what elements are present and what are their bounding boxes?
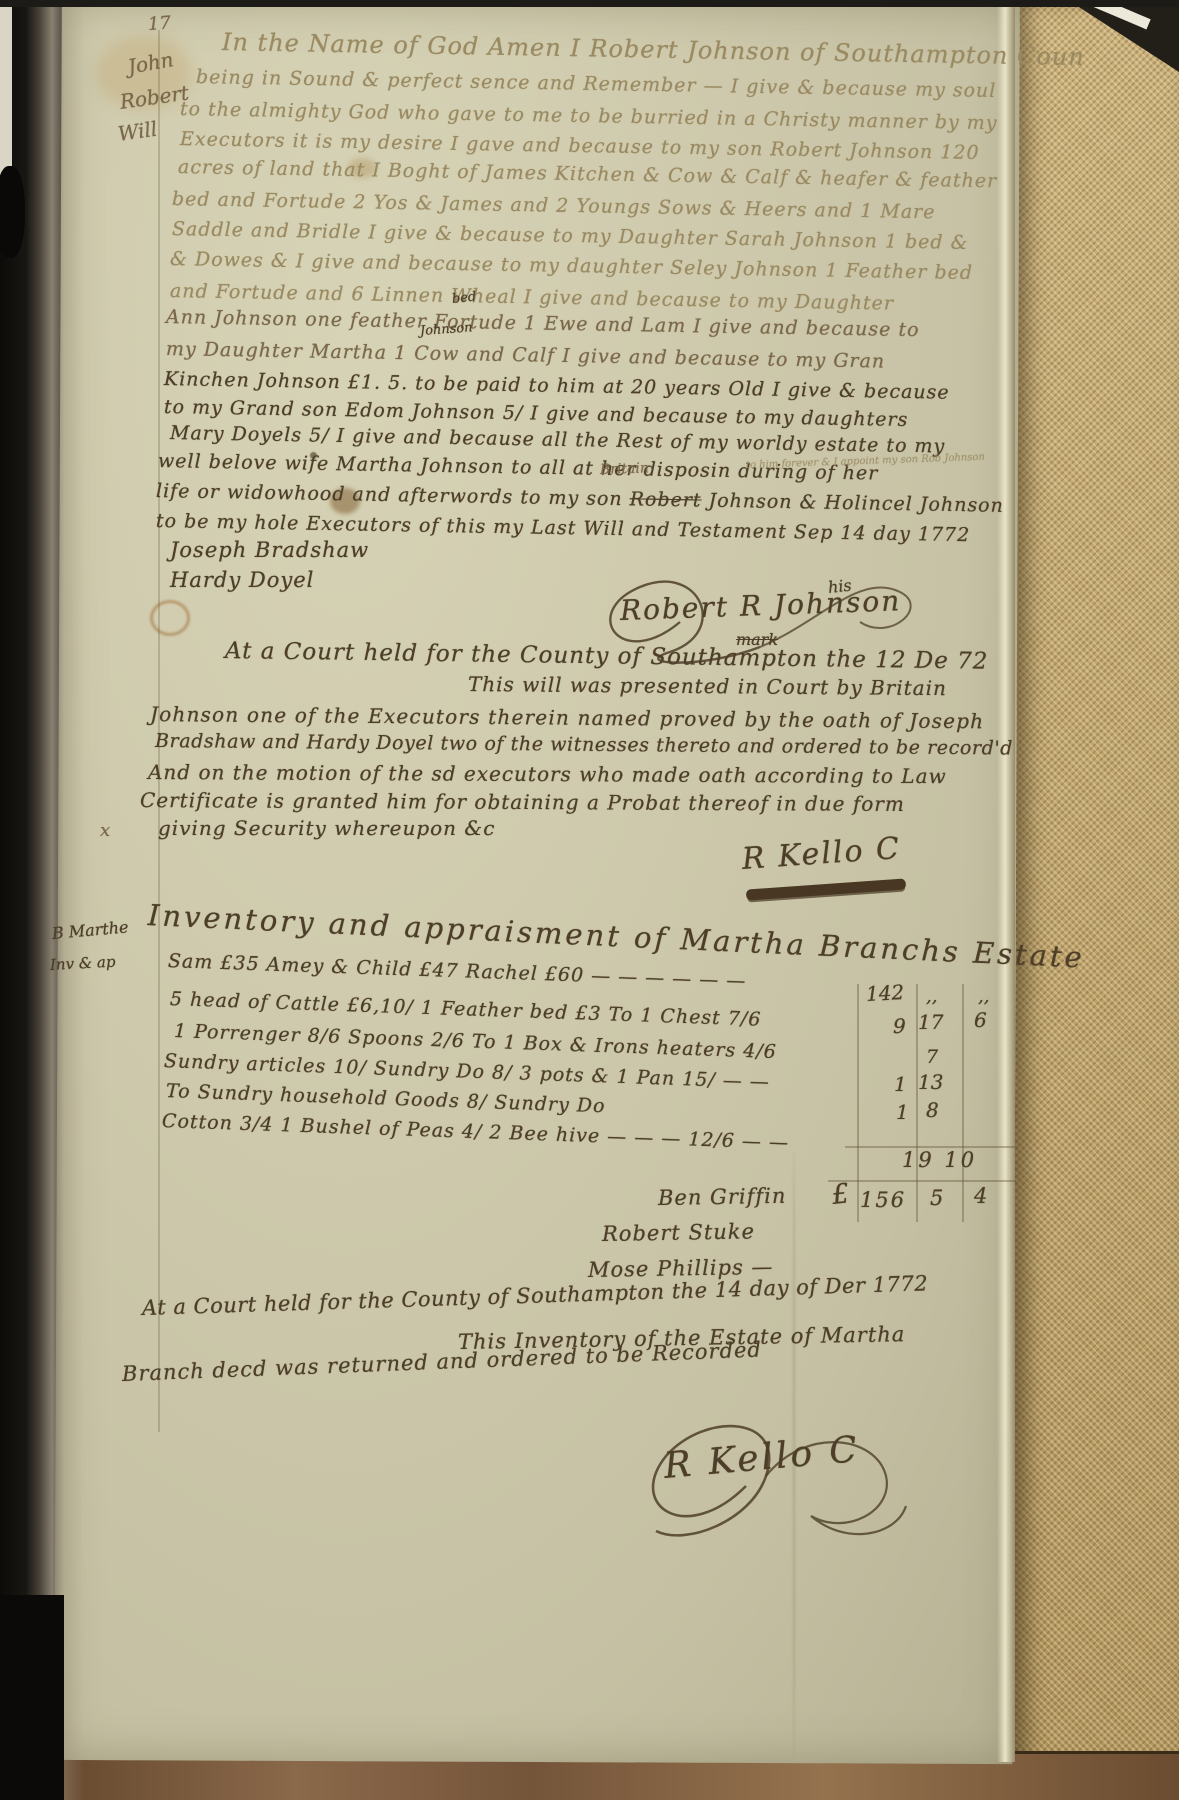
amount-row3-pence: 6 — [974, 1008, 987, 1032]
total-currency-symbol: £ — [830, 1178, 850, 1211]
witness-2: Hardy Doyel — [170, 568, 314, 592]
bottom-left-shadow — [0, 1595, 64, 1800]
total-pounds: 156 — [860, 1188, 906, 1212]
inventory-margin-2: Inv & ap — [50, 953, 116, 974]
appraiser-2: Robert Stuke — [602, 1219, 755, 1246]
amount-row1-pounds: 142 — [865, 980, 904, 1006]
clerk-flourish — [596, 1396, 916, 1566]
amount-row5-pounds: 1 — [894, 1072, 907, 1096]
probate-line-4: And on the motion of the sd executors wh… — [148, 760, 947, 788]
probate-line-1: This will was presented in Court by Brit… — [468, 672, 947, 700]
page-stack-sliver — [0, 0, 12, 176]
amount-row1-shillings: ,, — [926, 986, 937, 1007]
total-pence: 4 — [974, 1184, 987, 1208]
manuscript-photo: 17 John Robert Will x In the Name of God… — [0, 0, 1179, 1800]
amount-row1-pence: ,, — [978, 986, 989, 1007]
amount-row6-pounds: 1 — [896, 1100, 909, 1124]
top-dark-strip — [0, 0, 1179, 7]
book-gutter-shadow — [0, 0, 84, 1800]
margin-x-mark: x — [100, 820, 110, 841]
appraiser-1: Ben Griffin — [658, 1184, 787, 1210]
witness-1: Joseph Bradshaw — [170, 538, 369, 562]
amount-row3-pounds: 9 — [893, 1014, 906, 1038]
amount-row6-shillings: 8 — [926, 1098, 939, 1122]
amount-row4-shillings: 7 — [926, 1046, 938, 1068]
cloth-binding-edge — [1013, 0, 1179, 1772]
insert-britain: Britain — [600, 460, 649, 478]
page-number: 17 — [147, 12, 171, 35]
insert-bed: bed — [451, 289, 477, 306]
gutter-dark-blob — [0, 166, 25, 258]
page-right-edge — [997, 0, 1015, 1762]
amount-subtotal: 19 10 — [902, 1148, 977, 1172]
money-column-rule — [962, 984, 964, 1222]
will-line-16-struck-word: Robert — [629, 488, 701, 511]
probate-line-6: giving Security whereupon &c — [158, 816, 495, 840]
probate-line-5: Certificate is granted him for obtaining… — [140, 788, 905, 816]
total-rule — [828, 1180, 1016, 1182]
total-shillings: 5 — [930, 1186, 943, 1210]
money-column-rule — [857, 984, 859, 1222]
amount-row5-shillings: 13 — [918, 1070, 943, 1094]
amount-row3-shillings: 17 — [918, 1010, 943, 1034]
